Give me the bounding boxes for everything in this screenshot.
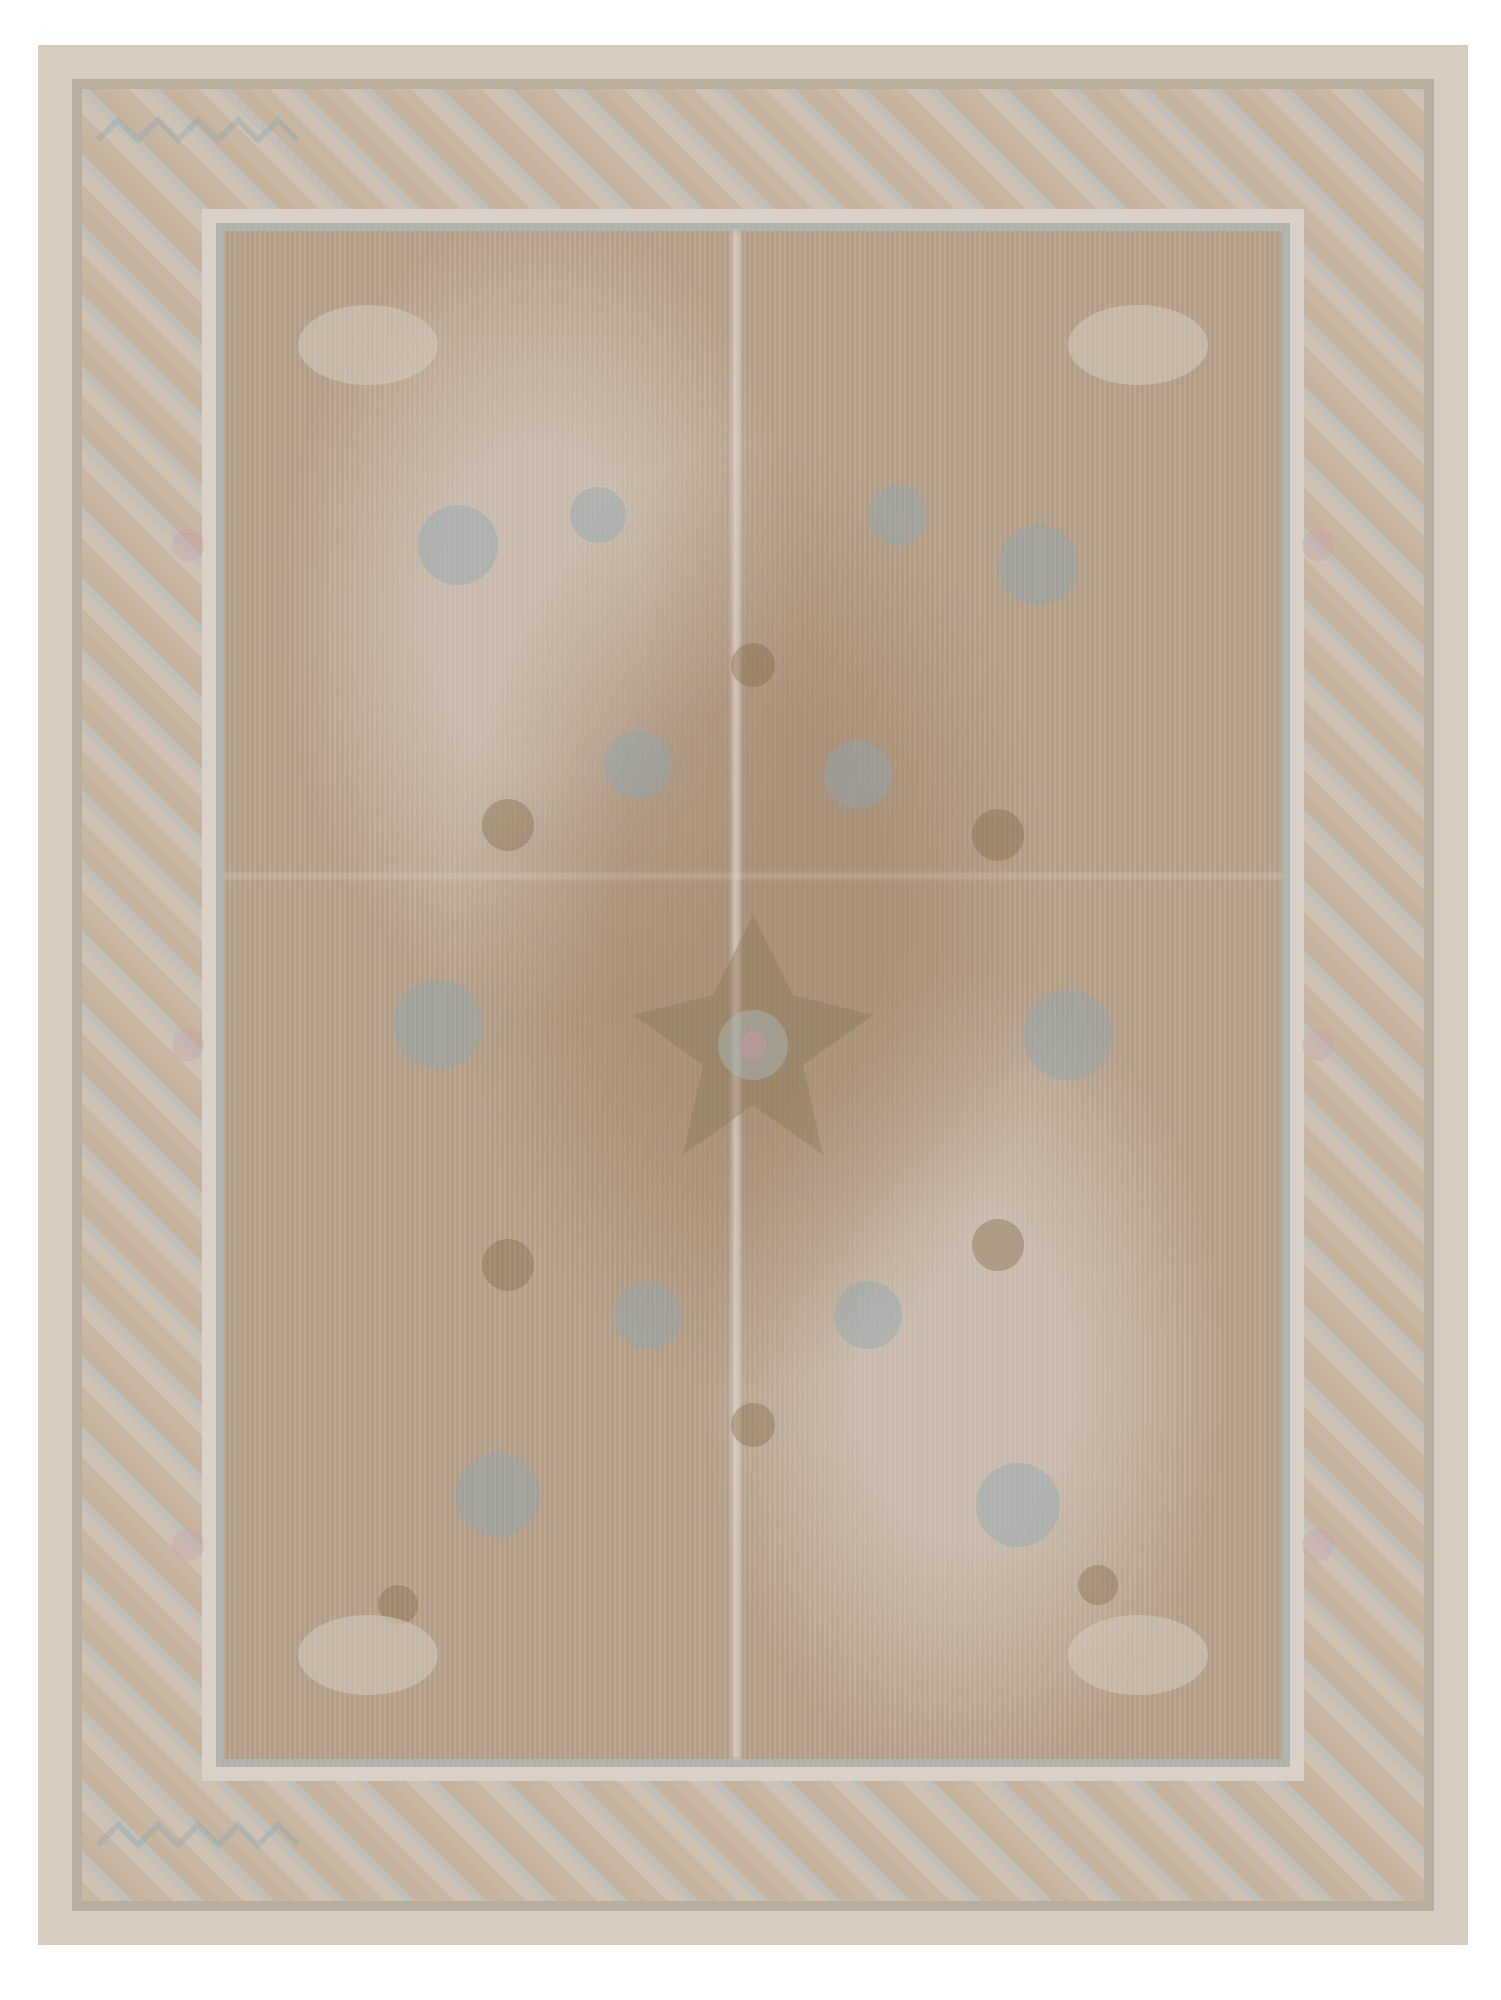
- central-medallion-icon: [633, 915, 873, 1155]
- rug: [38, 45, 1468, 1945]
- rug-motifs: [38, 45, 1468, 1945]
